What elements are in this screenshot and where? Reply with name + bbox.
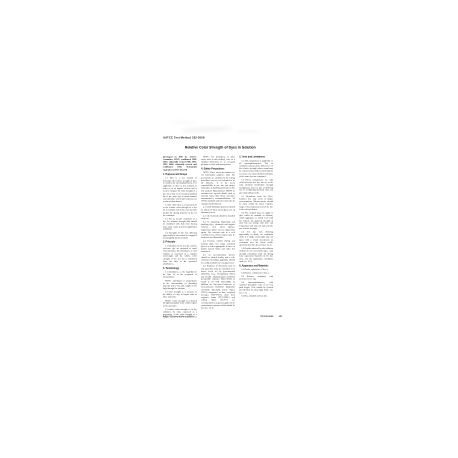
body-paragraph: 6.4 Spectrophotometer, with matched abso…	[239, 281, 273, 294]
body-paragraph: 1.3 For an overall evaluation of a dye l…	[163, 218, 197, 231]
section-heading: 4. Safety Precautions	[201, 168, 235, 171]
body-paragraph: 2.1 Solutions of the test dye and the re…	[163, 245, 197, 266]
section-heading: 5. Uses and Limitations	[239, 156, 273, 159]
body-paragraph: NOTE: These safety precautions are for i…	[201, 171, 235, 205]
body-paragraph: 1.2 The ratio value is a measurement of …	[163, 204, 197, 217]
page-footer: AATCC Technical Manual/2010 TM 182-2009 …	[163, 315, 282, 317]
body-paragraph: 4.3 In preparing, dispensing and handlin…	[201, 221, 235, 239]
body-paragraph: 5.6 Results obtained by this solution me…	[239, 247, 273, 263]
body-paragraph: NOTE: Absorbance is proportional to the …	[163, 280, 197, 290]
body-paragraph: 6.5 Dye, standard and test lots.	[239, 295, 273, 298]
text-columns: Developed in 1985 by AATCC Committee RA8…	[163, 156, 273, 319]
body-paragraph: 5.4 The method may not apply to dyes whi…	[239, 212, 273, 230]
section-heading: 3. Terminology	[163, 267, 197, 270]
body-paragraph: 5.2 Direct comparisons are only valid wh…	[239, 179, 273, 195]
body-paragraph: 5.3 Deviations from the Beer-Lambert law…	[239, 195, 273, 211]
scan-artifact	[168, 120, 198, 125]
body-paragraph: 4.2 All chemicals should be handled with…	[201, 215, 235, 220]
body-paragraph: 3.1 absorbance, n.: the logarithm to the…	[163, 271, 197, 279]
body-paragraph: Developed in 1985 by AATCC Committee RA8…	[163, 156, 197, 172]
body-paragraph: 5.5 For dye lots differing appreciably i…	[239, 231, 273, 247]
scanned-document-page: AATCC Test Method 182-2009 Relative Colo…	[0, 0, 458, 458]
body-paragraph: 6.3 Balance, analytical, with accuracy t…	[239, 275, 273, 280]
body-paragraph: 3.2 color strength, n.: a measure of the…	[163, 291, 197, 299]
text-column-left: Developed in 1985 by AATCC Committee RA8…	[163, 156, 197, 319]
body-paragraph: 6.1 Flasks, volumetric; Class A.	[239, 268, 273, 271]
body-paragraph: 5.1 This comparison is applicable to all…	[239, 160, 273, 178]
page-content: AATCC Test Method 182-2009 Relative Colo…	[163, 136, 273, 324]
document-reference: AATCC Test Method 182-2009	[163, 136, 273, 139]
body-paragraph: 4.5 An eyewash/safety shower should be l…	[201, 254, 235, 264]
body-paragraph: 1.4 Strengths of dye lots differing appr…	[163, 232, 197, 240]
footer-manual-reference: AATCC Technical Manual/2010	[163, 315, 193, 317]
footer-method-number: TM 182-2009	[260, 315, 273, 317]
body-paragraph: NOTE: For definitions of other terms use…	[201, 156, 235, 166]
text-column-middle: NOTE: For definitions of other terms use…	[201, 156, 235, 319]
body-paragraph: 6.2 Pipettes, volumetric; Class A.	[239, 272, 273, 275]
text-column-right: 5. Uses and Limitations5.1 This comparis…	[239, 156, 273, 319]
page-title: Relative Color Strength of Dyes in Solut…	[163, 146, 278, 150]
section-heading: 1. Purpose and Scope	[163, 173, 197, 176]
body-paragraph: 1.1 This is a test method to determine t…	[163, 177, 197, 203]
body-paragraph: NOTE: Color strength is evaluated by lig…	[163, 300, 197, 308]
footer-page-number: 321	[279, 315, 283, 317]
section-heading: 6. Apparatus and Materials	[239, 265, 273, 268]
body-paragraph: 4.4 Exercise caution during any heating …	[201, 240, 235, 253]
scan-artifact	[236, 130, 260, 133]
scan-artifact	[181, 126, 233, 134]
body-paragraph: 4.1 Good laboratory practices should be …	[201, 206, 235, 214]
section-heading: 2. Principle	[163, 241, 197, 244]
body-paragraph: 4.6 Exposure to chemicals used in this p…	[201, 265, 235, 309]
